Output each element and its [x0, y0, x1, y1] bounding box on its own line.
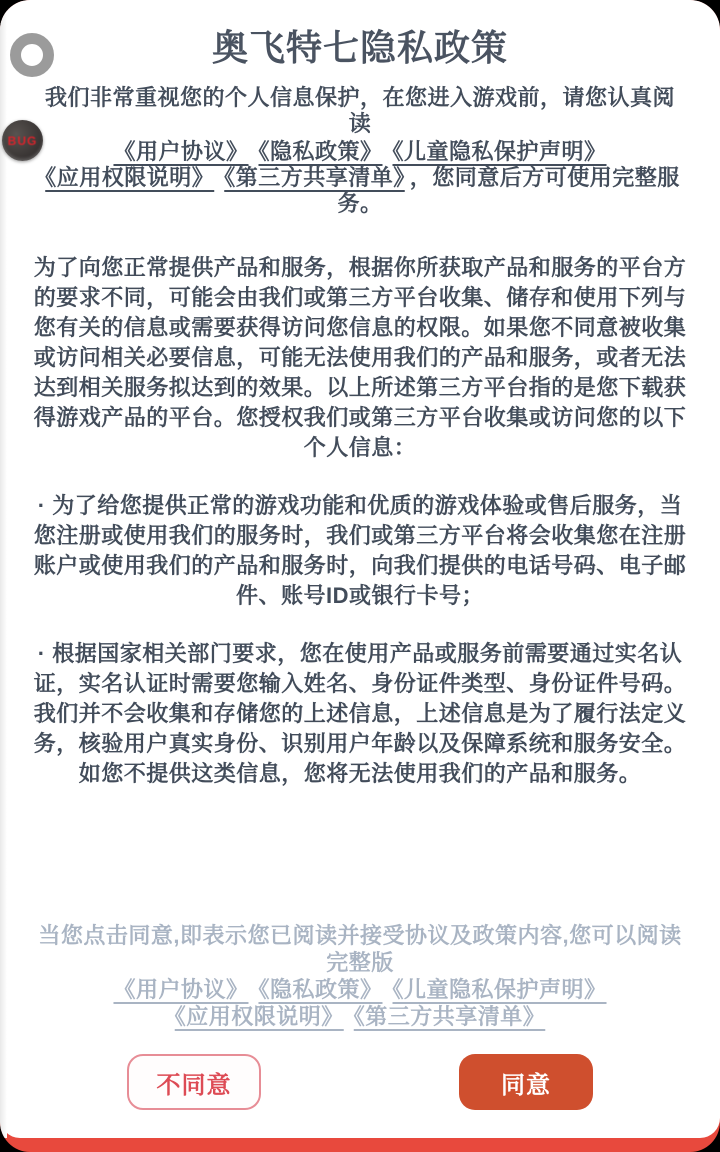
footer-section: 当您点击同意,即表示您已阅读并接受协议及政策内容,您可以阅读完整版 《用户协议》… [0, 922, 720, 1126]
page-title: 奥飞特七隐私政策 [0, 20, 720, 71]
policy-paragraph: · 为了给您提供正常的游戏功能和优质的游戏体验或售后服务，当您注册或使用我们的服… [32, 491, 688, 611]
policy-body: 为了向您正常提供产品和服务，根据你所获取产品和服务的平台方的要求不同，可能会由我… [32, 253, 688, 789]
link-privacy-policy[interactable]: 《隐私政策》 [258, 977, 382, 1002]
phone-screen: 奥飞特七隐私政策 我们非常重视您的个人信息保护，在您进入游戏前，请您认真阅读 《… [0, 0, 720, 1152]
policy-paragraph: · 根据国家相关部门要求，您在使用产品或服务前需要通过实名认证，实名认证时需要您… [32, 639, 688, 789]
privacy-dialog: 奥飞特七隐私政策 我们非常重视您的个人信息保护，在您进入游戏前，请您认真阅读 《… [0, 0, 720, 1138]
debug-badge-label: BUG [8, 134, 38, 148]
intro-text: 我们非常重视您的个人信息保护，在您进入游戏前，请您认真阅读 [45, 85, 675, 136]
floating-ring-icon[interactable] [10, 33, 54, 77]
link-user-agreement[interactable]: 《用户协议》 [113, 977, 248, 1002]
disagree-button[interactable]: 不同意 [127, 1054, 261, 1110]
agree-button[interactable]: 同意 [459, 1054, 593, 1110]
link-third-party-list[interactable]: 《第三方共享清单》 [224, 165, 405, 190]
link-user-agreement[interactable]: 《用户协议》 [113, 139, 248, 164]
debug-badge-icon[interactable]: BUG [2, 120, 43, 161]
footer-notice: 当您点击同意,即表示您已阅读并接受协议及政策内容,您可以阅读完整版 《用户协议》… [30, 922, 690, 1030]
link-third-party-list[interactable]: 《第三方共享清单》 [354, 1004, 546, 1029]
intro-links: 《用户协议》《隐私政策》《儿童隐私保护声明》《应用权限说明》《第三方共享清单》，… [35, 139, 685, 217]
footer-text: 当您点击同意,即表示您已阅读并接受协议及政策内容,您可以阅读完整版 [38, 923, 681, 975]
link-children-privacy[interactable]: 《儿童隐私保护声明》 [393, 977, 607, 1002]
link-app-permissions[interactable]: 《应用权限说明》 [175, 1004, 344, 1029]
button-row: 不同意 同意 [0, 1054, 720, 1126]
intro-section: 我们非常重视您的个人信息保护，在您进入游戏前，请您认真阅读 《用户协议》《隐私政… [35, 85, 685, 217]
link-privacy-policy[interactable]: 《隐私政策》 [258, 139, 382, 164]
link-app-permissions[interactable]: 《应用权限说明》 [45, 165, 214, 190]
footer-links: 《用户协议》《隐私政策》《儿童隐私保护声明》《应用权限说明》《第三方共享清单》 [30, 976, 690, 1030]
link-children-privacy[interactable]: 《儿童隐私保护声明》 [393, 139, 607, 164]
policy-paragraph: 为了向您正常提供产品和服务，根据你所获取产品和服务的平台方的要求不同，可能会由我… [32, 253, 688, 463]
